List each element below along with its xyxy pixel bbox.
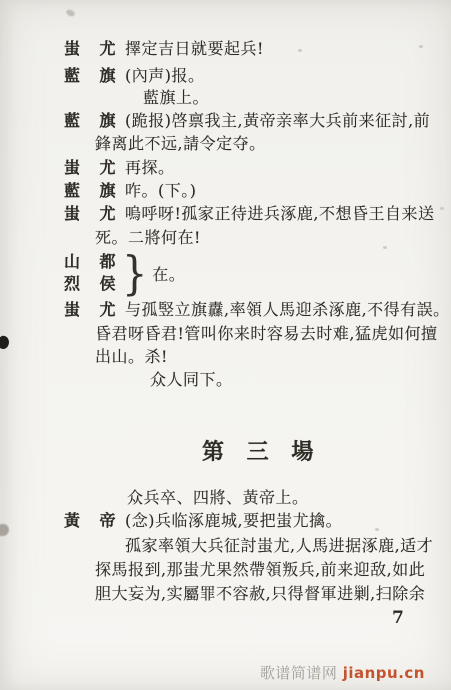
speaker-char: 山 [64, 251, 81, 273]
dialogue-continuation: 死。二將何在! [95, 228, 201, 247]
dialogue-continuation: 出山。杀! [95, 347, 168, 366]
speaker-char: 侯 [99, 273, 116, 295]
speaker-char: 蚩 [64, 158, 81, 177]
speaker-char: 蚩 [64, 300, 81, 319]
joint-speakers-group: 山都 烈侯 } 在。 [64, 251, 185, 295]
speaker-char: 都 [99, 251, 116, 273]
script-line: 藍旗(跪报)啓禀我主,黃帝亲率大兵前来征討,前 [64, 111, 430, 130]
speaker-char: 藍 [64, 111, 81, 130]
speaker-char: 尤 [99, 158, 116, 177]
script-line: 黃帝(念)兵临涿鹿城,要把蚩尤擒。 [64, 511, 342, 530]
speaker-char: 帝 [99, 511, 116, 530]
page-number: 7 [392, 608, 404, 628]
speaker-name: 藍旗 [64, 181, 116, 200]
dialogue-text: 咋。(下。) [125, 181, 197, 200]
dialogue-text: (念)兵临涿鹿城,要把蚩尤擒。 [125, 511, 342, 530]
speaker-char: 旗 [99, 111, 116, 130]
speaker-name: 黃帝 [64, 511, 116, 530]
speaker-char: 蚩 [64, 204, 81, 223]
speaker-char: 尤 [99, 204, 116, 223]
dialogue-text: (內声)报。 [125, 66, 205, 85]
script-line: 蚩尤擇定吉日就要起兵! [64, 39, 264, 58]
dialogue-paragraph-start: 孤家率領大兵征討蚩尤,人馬进据涿鹿,适才 [125, 536, 433, 555]
joint-speaker-names: 山都 烈侯 [64, 251, 116, 295]
scanned-script-page: 蚩尤擇定吉日就要起兵! 藍旗(內声)报。 藍旗上。 藍旗(跪报)啓禀我主,黃帝亲… [0, 0, 451, 690]
speaker-name: 藍旗 [64, 111, 116, 130]
ink-smudge [65, 8, 76, 17]
ink-smudge [0, 335, 11, 351]
joint-reply-text: 在。 [152, 262, 185, 285]
paper-speck [383, 246, 387, 249]
paper-speck [419, 45, 423, 48]
speaker-name: 蚩尤 [64, 158, 116, 177]
speaker-char: 黃 [64, 511, 81, 530]
paper-speck [298, 49, 302, 52]
speaker-name: 藍旗 [64, 66, 116, 85]
script-line: 蚩尤与孤竪立旗纛,率領人馬迎杀涿鹿,不得有誤。 [64, 300, 450, 319]
speaker-name: 蚩尤 [64, 300, 116, 319]
brace-glyph: } [122, 251, 147, 295]
speaker-name: 烈侯 [64, 273, 116, 295]
stage-direction: 藍旗上。 [143, 88, 209, 107]
dialogue-continuation: 昏君呀昏君!管叫你来时容易去时难,猛虎如何擅 [95, 324, 438, 343]
watermark: 歌谱简谱网 jianpu.cn [260, 662, 425, 683]
speaker-char: 藍 [64, 181, 81, 200]
script-line: 藍旗咋。(下。) [64, 181, 197, 200]
speaker-name: 蚩尤 [64, 39, 116, 58]
speaker-char: 烈 [64, 273, 81, 295]
dialogue-text: 与孤竪立旗纛,率領人馬迎杀涿鹿,不得有誤。 [125, 300, 450, 319]
script-line: 蚩尤嗚呼呀!孤家正待进兵涿鹿,不想昏王自来送 [64, 204, 435, 223]
script-line: 蚩尤再探。 [64, 158, 175, 177]
dialogue-text: 嗚呼呀!孤家正待进兵涿鹿,不想昏王自来送 [125, 204, 435, 223]
speaker-char: 尤 [99, 39, 116, 58]
speaker-char: 旗 [99, 66, 116, 85]
speaker-char: 旗 [99, 181, 116, 200]
dialogue-text: 再探。 [125, 158, 175, 177]
watermark-site-url: jianpu.cn [343, 664, 425, 682]
speaker-name: 山都 [64, 251, 116, 273]
watermark-site-name: 歌谱简谱网 [260, 664, 338, 682]
dialogue-continuation: 胆大妄为,实屬罪不容赦,只得督軍进剿,扫除余 [95, 584, 425, 603]
speaker-char: 蚩 [64, 39, 81, 58]
scene-heading: 第 三 場 [202, 435, 314, 466]
paper-speck [440, 207, 444, 210]
dialogue-text: 擇定吉日就要起兵! [125, 39, 264, 58]
dialogue-continuation: 探馬报到,那蚩尤果然帶領叛兵,前来迎敌,如此 [95, 560, 425, 579]
paper-speck [375, 528, 379, 531]
speaker-name: 蚩尤 [64, 204, 116, 223]
script-line: 藍旗(內声)报。 [64, 66, 205, 85]
speaker-char: 尤 [99, 300, 116, 319]
stage-direction: 众人同下。 [150, 370, 233, 389]
dialogue-text: (跪报)啓禀我主,黃帝亲率大兵前来征討,前 [125, 111, 430, 130]
stage-direction: 众兵卒、四將、黃帝上。 [127, 488, 309, 507]
speaker-char: 藍 [64, 66, 81, 85]
dialogue-continuation: 鋒离此不远,請令定夺。 [95, 134, 266, 153]
ink-smudge [0, 523, 10, 537]
